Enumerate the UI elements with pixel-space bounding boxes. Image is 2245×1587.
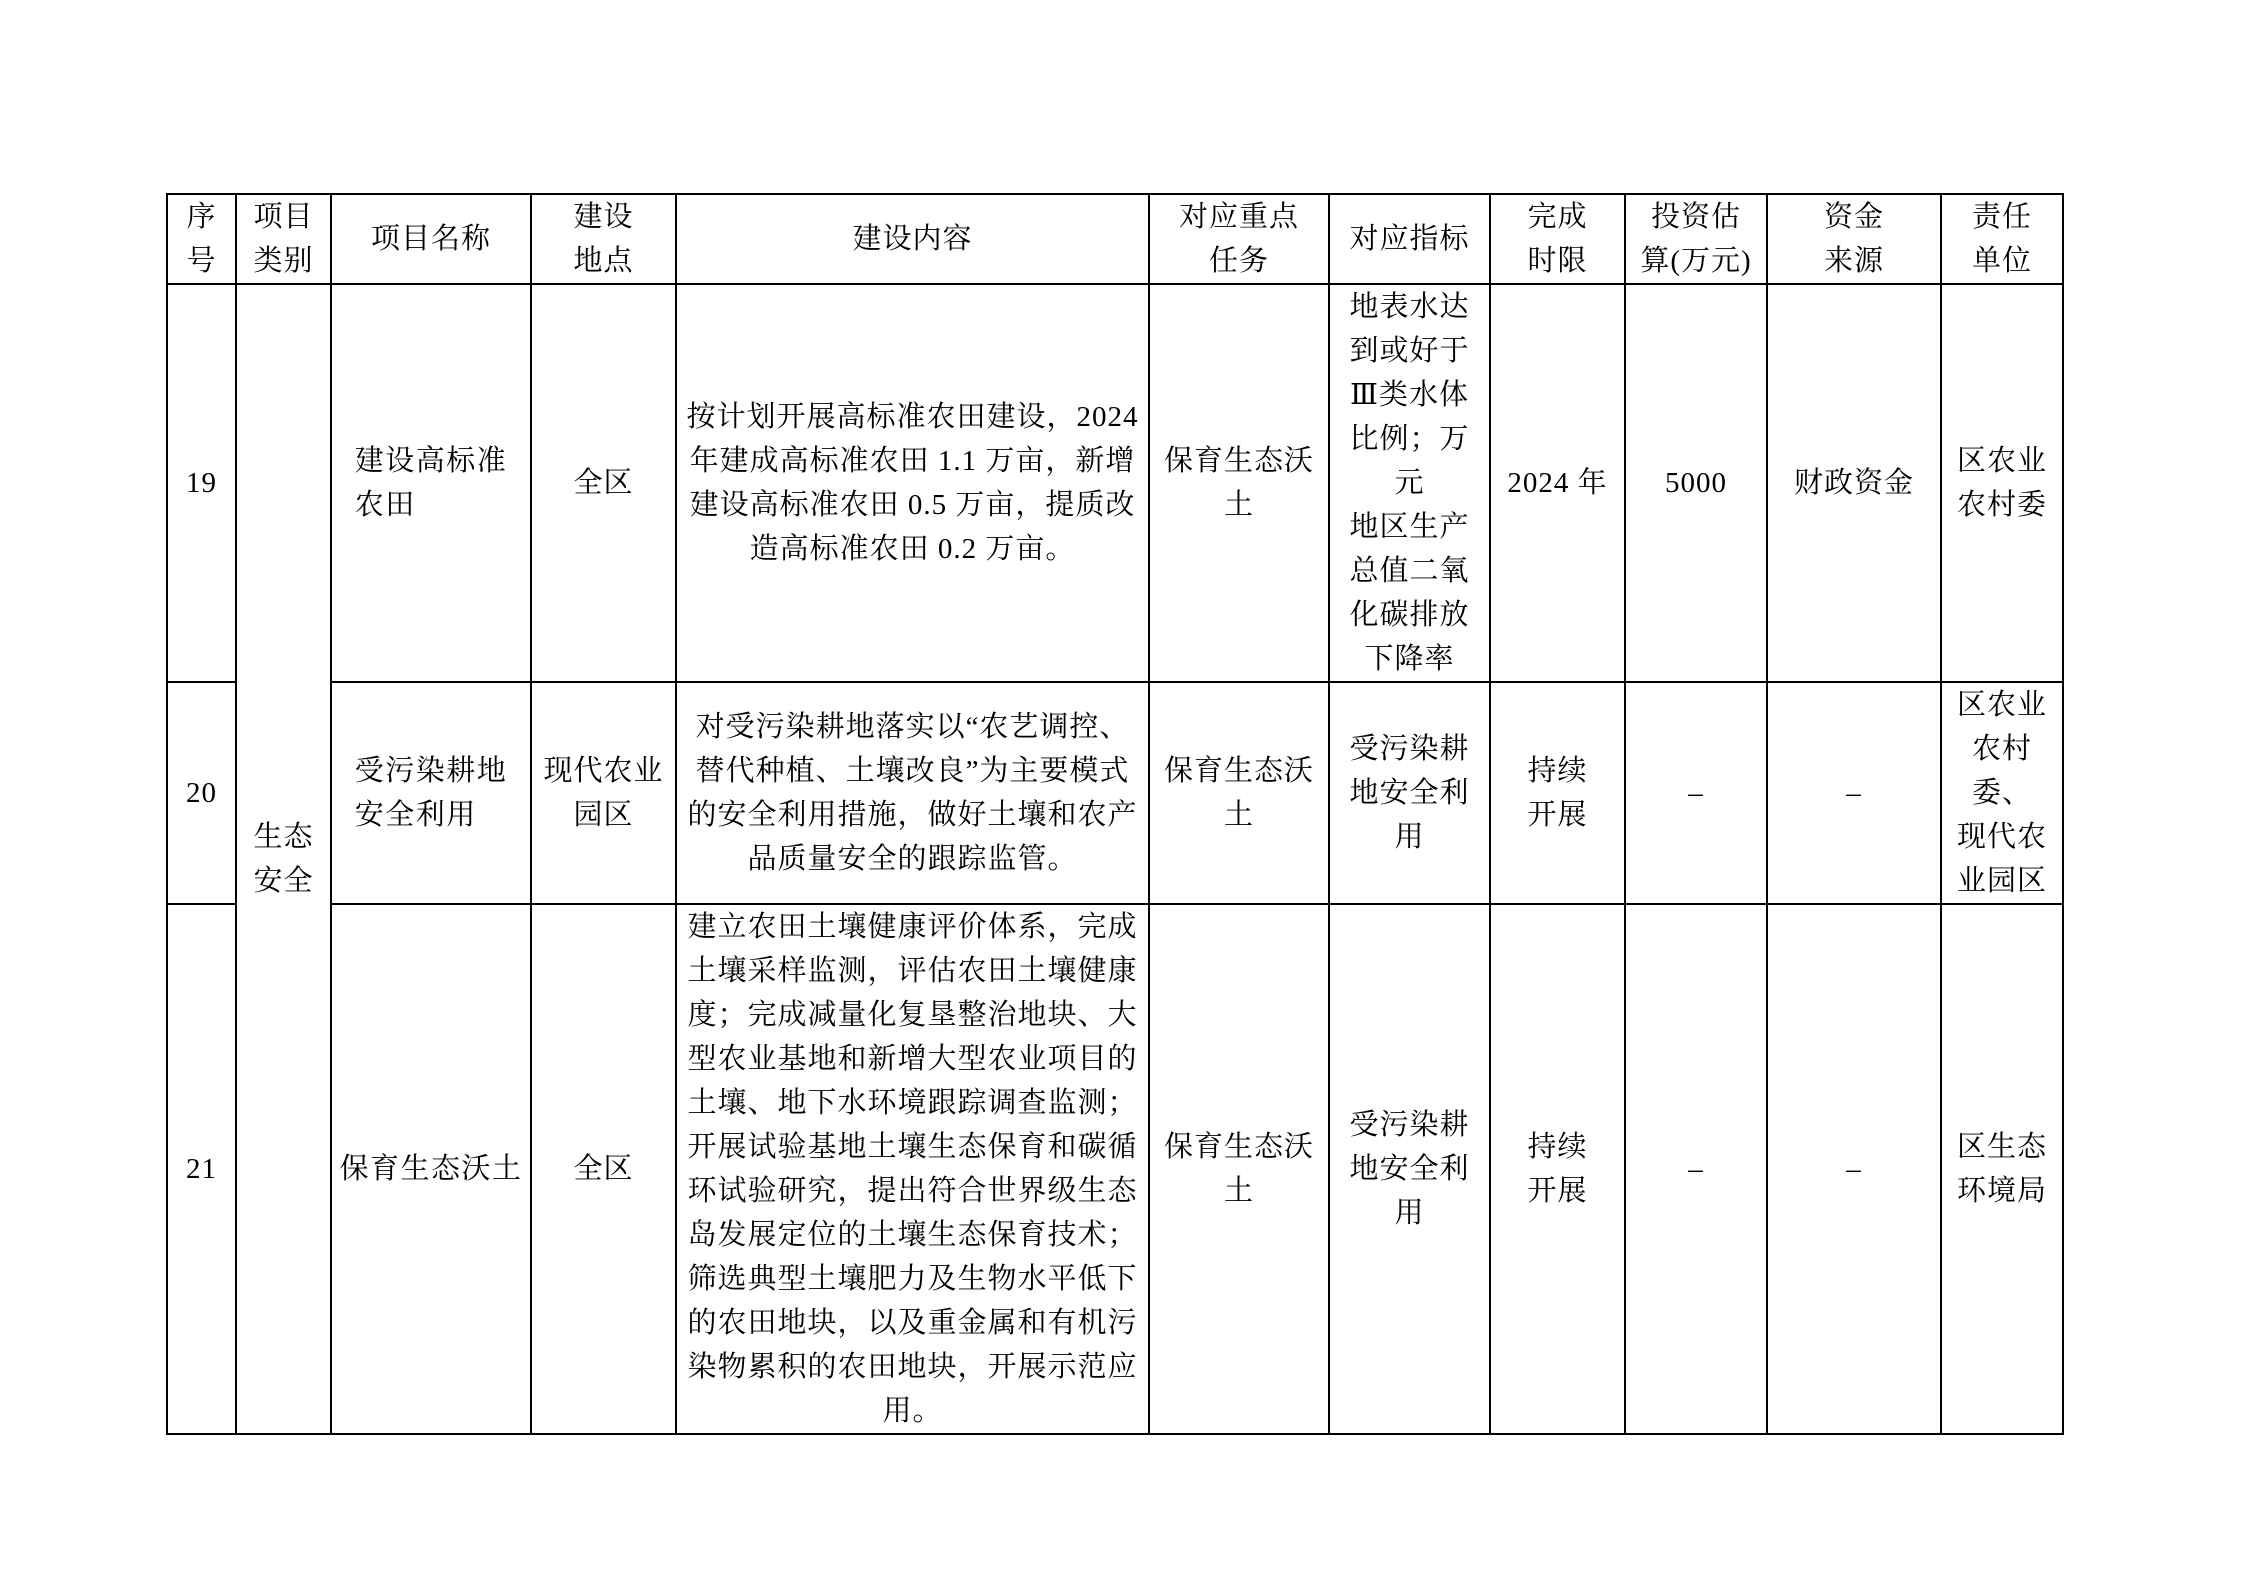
cell-unit: 区生态 环境局 [1941, 904, 2063, 1434]
col-header-indicator: 对应指标 [1329, 194, 1490, 284]
col-header-serial: 序 号 [167, 194, 236, 284]
cell-category: 生态 安全 [236, 284, 331, 1434]
project-name-text: 受污染耕地 安全利用 [355, 749, 508, 837]
cell-location: 全区 [531, 904, 676, 1434]
cell-investment: 5000 [1625, 284, 1767, 682]
cell-no: 21 [167, 904, 236, 1434]
document-page: 序 号 项目 类别 项目名称 建设 地点 建设内容 对应重点 任务 对应指标 完… [0, 0, 2245, 1587]
project-name-text: 建设高标准 农田 [355, 439, 508, 527]
col-header-funding: 资金 来源 [1767, 194, 1941, 284]
cell-deadline: 持续 开展 [1490, 682, 1625, 904]
cell-project-name: 保育生态沃土 [331, 904, 531, 1434]
cell-indicator: 受污染耕 地安全利用 [1329, 682, 1490, 904]
cell-no: 19 [167, 284, 236, 682]
col-header-investment: 投资估 算(万元) [1625, 194, 1767, 284]
cell-funding: 财政资金 [1767, 284, 1941, 682]
cell-investment: – [1625, 682, 1767, 904]
cell-unit: 区农业 农村委、 现代农 业园区 [1941, 682, 2063, 904]
col-header-content: 建设内容 [676, 194, 1149, 284]
col-header-key-task: 对应重点 任务 [1149, 194, 1329, 284]
project-table: 序 号 项目 类别 项目名称 建设 地点 建设内容 对应重点 任务 对应指标 完… [166, 193, 2064, 1435]
cell-unit: 区农业 农村委 [1941, 284, 2063, 682]
table-row-20: 20 受污染耕地 安全利用 现代农业 园区 对受污染耕地落实以“农艺调控、替代种… [167, 682, 2063, 904]
table-row-21: 21 保育生态沃土 全区 建立农田土壤健康评价体系，完成土壤采样监测，评估农田土… [167, 904, 2063, 1434]
cell-funding: – [1767, 904, 1941, 1434]
table-row-19: 19 生态 安全 建设高标准 农田 全区 按计划开展高标准农田建设，2024 年… [167, 284, 2063, 682]
col-header-deadline: 完成 时限 [1490, 194, 1625, 284]
cell-location: 全区 [531, 284, 676, 682]
cell-no: 20 [167, 682, 236, 904]
col-header-unit: 责任 单位 [1941, 194, 2063, 284]
cell-task: 保育生态沃土 [1149, 284, 1329, 682]
cell-project-name: 建设高标准 农田 [331, 284, 531, 682]
col-header-project-name: 项目名称 [331, 194, 531, 284]
cell-location: 现代农业 园区 [531, 682, 676, 904]
header-row: 序 号 项目 类别 项目名称 建设 地点 建设内容 对应重点 任务 对应指标 完… [167, 194, 2063, 284]
cell-indicator: 受污染耕 地安全利用 [1329, 904, 1490, 1434]
cell-task: 保育生态沃土 [1149, 904, 1329, 1434]
col-header-category: 项目 类别 [236, 194, 331, 284]
cell-investment: – [1625, 904, 1767, 1434]
cell-content: 建立农田土壤健康评价体系，完成土壤采样监测，评估农田土壤健康度；完成减量化复垦整… [676, 904, 1149, 1434]
cell-deadline: 2024 年 [1490, 284, 1625, 682]
cell-content: 对受污染耕地落实以“农艺调控、替代种植、土壤改良”为主要模式的安全利用措施，做好… [676, 682, 1149, 904]
cell-project-name: 受污染耕地 安全利用 [331, 682, 531, 904]
cell-deadline: 持续 开展 [1490, 904, 1625, 1434]
cell-task: 保育生态沃土 [1149, 682, 1329, 904]
cell-content: 按计划开展高标准农田建设，2024 年建成高标准农田 1.1 万亩，新增建设高标… [676, 284, 1149, 682]
col-header-location: 建设 地点 [531, 194, 676, 284]
cell-indicator: 地表水达 到或好于 Ⅲ类水体 比例；万元 地区生产 总值二氧 化碳排放 下降率 [1329, 284, 1490, 682]
cell-funding: – [1767, 682, 1941, 904]
project-name-text: 保育生态沃土 [339, 1147, 522, 1191]
